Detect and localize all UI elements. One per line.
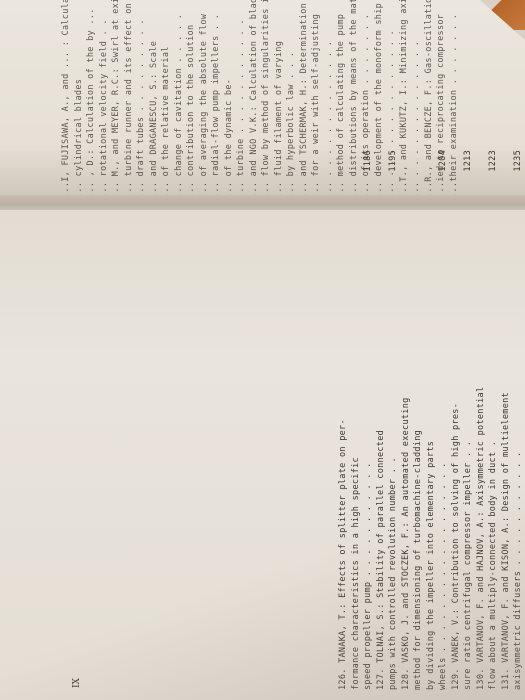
toc-entry: ... and DRAGANESCU, S.: Scale: [148, 0, 161, 198]
toc-entry-page: 1213: [462, 150, 475, 186]
toc-entry: ... of the relative material: [160, 0, 173, 198]
toc-entry-title: ... rotational velocity field . .: [98, 0, 111, 198]
toc-entry: ... contribution to the solution: [185, 0, 198, 198]
toc-entry-title: ... radial-flow pump impellers . .: [210, 0, 223, 198]
toc-entry: ... rotational velocity field . .1069: [98, 0, 111, 198]
toc-entry-page: [450, 150, 463, 186]
toc-entry: ... flow by method of singularities in a: [260, 0, 273, 198]
toc-entry-title: speed propeller pump . . . . . . . . . .…: [362, 186, 375, 690]
toc-entry-title: ... contribution to the solution: [185, 0, 198, 198]
toc-entry-title: formance characteristics in a high speci…: [350, 186, 363, 690]
toc-entry-page: 1186: [362, 150, 375, 186]
toc-entry-title: 130. VARTANOV, F. and HAJNOV, A.: Axisym…: [475, 186, 488, 690]
right-page-contents: 126. TANAKA, T.: Effects of splitter pla…: [337, 150, 525, 690]
toc-entry: flow about a multiply-connected body in …: [487, 150, 500, 690]
toc-entry-title: ... and NGO V.K.: Calculation of blade-: [248, 0, 261, 198]
toc-entry-page: 1195: [387, 150, 400, 186]
toc-entry-title: method for dimensioning of turbomachine-…: [412, 186, 425, 690]
toc-entry: 126. TANAKA, T.: Effects of splitter pla…: [337, 150, 350, 690]
toc-entry-title: ... by hyperbolic law . . .: [285, 0, 298, 198]
toc-entry-title: ... for a weir with self-adjusting: [310, 0, 323, 198]
toc-entry-page: [350, 150, 363, 186]
toc-entry-title: ...I, FUJISAWA, A., and ... : Calculatio…: [60, 0, 73, 198]
toc-entry: ... radial-flow pump impellers . .1101: [210, 0, 223, 198]
toc-entry-title: ... cylindrical blades: [73, 0, 86, 198]
toc-entry-title: ... of the relative material: [160, 0, 173, 198]
toc-entry: speed propeller pump . . . . . . . . . .…: [362, 150, 375, 690]
toc-entry: sure ratio centrifugal compressor impell…: [462, 150, 475, 690]
toc-entry-page: [500, 150, 513, 186]
toc-entry: ... cylindrical blades1065: [73, 0, 86, 198]
toc-entry-title: ... turbine runner and its effect on: [123, 0, 136, 198]
toc-entry-title: ... and DRAGANESCU, S.: Scale: [148, 0, 161, 198]
toc-entry-title: sure ratio centrifugal compressor impell…: [462, 186, 475, 690]
toc-entry-title: ... , D.: Calculation of the by ...: [85, 0, 98, 198]
toc-entry-title: pumps with controlled revolution number …: [387, 186, 400, 690]
toc-entry: by dividing the impeller into elementary…: [425, 150, 438, 690]
toc-entry: ... for a weir with self-adjusting: [310, 0, 323, 198]
toc-entry-title: ... of averaging the absolute flow: [198, 0, 211, 198]
toc-entry-title: wheels . . . . . . . . . . . . . . . . .…: [437, 186, 450, 690]
toc-entry: ... M., and MEYER, R.C.: Swirl at exit: [110, 0, 123, 198]
toc-entry: ... , D.: Calculation of the by ...1069: [85, 0, 98, 198]
toc-entry-page: [412, 150, 425, 186]
toc-entry: formance characteristics in a high speci…: [350, 150, 363, 690]
toc-entry: ... change of cavitation . . . . .1091: [173, 0, 186, 198]
toc-entry-title: 128. VASKO, J. and STOCZEK, F.: An autom…: [400, 186, 413, 690]
toc-entry-title: ... and TSCHERMAK, H.: Determination of …: [298, 0, 311, 198]
toc-entry: ... draft tubes . . . . . . . . .1079: [135, 0, 148, 198]
toc-entry-title: 126. TANAKA, T.: Effects of splitter pla…: [337, 186, 350, 690]
toc-entry-page: 1223: [487, 150, 500, 186]
toc-entry-page: [375, 150, 388, 186]
toc-entry-page: [400, 150, 413, 186]
toc-entry: 130. VARTANOV, F. and HAJNOV, A.: Axisym…: [475, 150, 488, 690]
toc-entry-title: ... fluid filament of varying: [273, 0, 286, 198]
toc-entry: ... of the dynamic be-: [223, 0, 236, 198]
toc-entry: 128. VASKO, J. and STOCZEK, F.: An autom…: [400, 150, 413, 690]
toc-entry-page: 1204: [437, 150, 450, 186]
toc-entry: 129. VANEK, V.: Contribution to solving …: [450, 150, 463, 690]
toc-entry-title: ... . . . . . . . . . . . . .: [323, 0, 336, 198]
toc-entry-page: 1235: [512, 150, 525, 186]
toc-entry-page: [475, 150, 488, 186]
toc-entry-title: ... change of cavitation . . . . .: [173, 0, 186, 198]
toc-entry: ...I, FUJISAWA, A., and ... : Calculatio…: [60, 0, 73, 198]
toc-entry-title: by dividing the impeller into elementary…: [425, 186, 438, 690]
toc-entry-title: ... draft tubes . . . . . . . . .: [135, 0, 148, 198]
toc-entry-title: ... turbine . . . . . . . . . . .: [235, 0, 248, 198]
toc-entry: wheels . . . . . . . . . . . . . . . . .…: [437, 150, 450, 690]
toc-entry: ... and NGO V.K.: Calculation of blade-: [248, 0, 261, 198]
toc-entry: axisymmetric diffusers . . . . . . . . .…: [512, 150, 525, 690]
toc-entry: ... by hyperbolic law . . .: [285, 0, 298, 198]
toc-entry: 131. VARTANOV, F. and KISON, A.: Design …: [500, 150, 513, 690]
toc-entry: ... fluid filament of varying1122: [273, 0, 286, 198]
toc-entry: 127. TOLNAI, S.: Stability of parallel c…: [375, 150, 388, 690]
toc-entry: ... turbine runner and its effect on: [123, 0, 136, 198]
toc-entry-title: ... flow by method of singularities in a: [260, 0, 273, 198]
toc-entry-title: flow about a multiply-connected body in …: [487, 186, 500, 690]
toc-entry-page: [337, 150, 350, 186]
toc-entry-page: [425, 150, 438, 186]
toc-entry-title: 129. VANEK, V.: Contribution to solving …: [450, 186, 463, 690]
toc-entry: pumps with controlled revolution number …: [387, 150, 400, 690]
toc-entry: ... turbine . . . . . . . . . . .1111: [235, 0, 248, 198]
toc-entry: method for dimensioning of turbomachine-…: [412, 150, 425, 690]
toc-entry: ... and TSCHERMAK, H.: Determination of …: [298, 0, 311, 198]
toc-entry: ... . . . . . . . . . . . . .1142: [323, 0, 336, 198]
toc-entry-title: ... M., and MEYER, R.C.: Swirl at exit: [110, 0, 123, 198]
open-book: ...I, FUJISAWA, A., and ... : Calculatio…: [0, 0, 525, 700]
toc-entry-title: axisymmetric diffusers . . . . . . . . .…: [512, 186, 525, 690]
toc-entry-title: ... of the dynamic be-: [223, 0, 236, 198]
page-folio: IX: [72, 678, 82, 688]
toc-entry-title: 131. VARTANOV, F. and KISON, A.: Design …: [500, 186, 513, 690]
toc-entry: ... of averaging the absolute flow: [198, 0, 211, 198]
toc-entry-title: 127. TOLNAI, S.: Stability of parallel c…: [375, 186, 388, 690]
